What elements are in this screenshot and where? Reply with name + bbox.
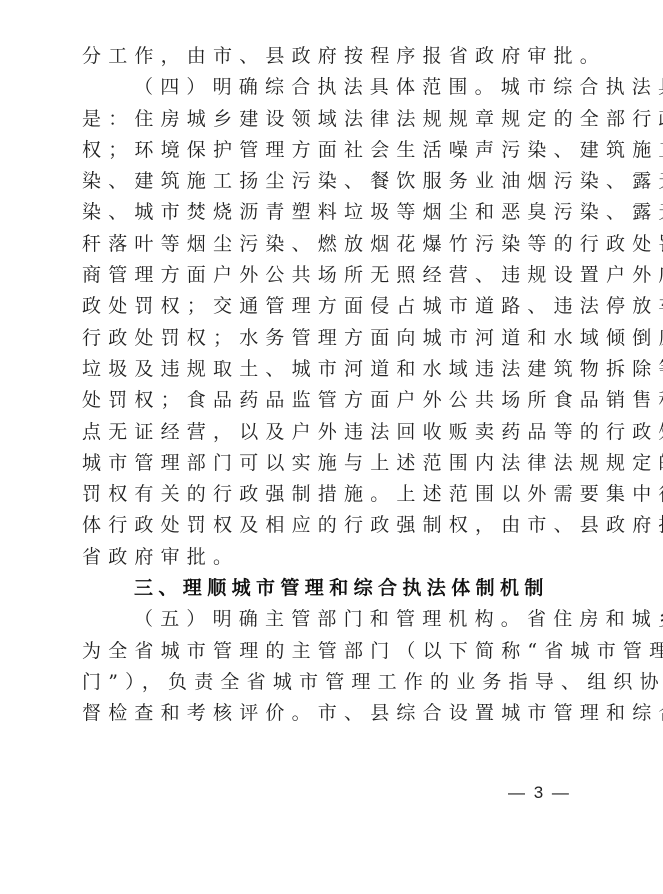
text-line: 点无证经营，以及户外违法回收贩卖药品等的行政处罚权。	[82, 417, 582, 448]
text-line: 染、城市焚烧沥青塑料垃圾等烟尘和恶臭污染、露天焚烧秸	[82, 197, 582, 228]
text-line: 是：住房城乡建设领域法律法规规章规定的全部行政处罚	[82, 104, 582, 135]
text-line: 政处罚权；交通管理方面侵占城市道路、违法停放车辆等的	[82, 291, 582, 322]
text-line: 权；环境保护管理方面社会生活噪声污染、建筑施工噪声污	[82, 135, 582, 166]
text-line: 体行政处罚权及相应的行政强制权，由市、县政府按程序报	[82, 510, 582, 541]
section-5-lead-line: （五）明确主管部门和管理机构。省住房和城乡建设厅	[82, 604, 582, 635]
text-line: 门”），负责全省城市管理工作的业务指导、组织协调、监	[82, 667, 582, 698]
text-line: 秆落叶等烟尘污染、燃放烟花爆竹污染等的行政处罚权；工	[82, 229, 582, 260]
text-line: 垃圾及违规取土、城市河道和水域违法建筑物拆除等的行政	[82, 354, 582, 385]
body-text: 分工作，由市、县政府按程序报省政府审批。 （四）明确综合执法具体范围。城市综合执…	[82, 41, 582, 730]
section-heading-3: 三、理顺城市管理和综合执法体制机制	[82, 573, 582, 604]
text-line: 分工作，由市、县政府按程序报省政府审批。	[82, 41, 582, 72]
page-number: — 3 —	[508, 783, 571, 803]
text-line: 罚权有关的行政强制措施。上述范围以外需要集中行使的具	[82, 479, 582, 510]
text-line: 处罚权；食品药品监管方面户外公共场所食品销售和餐饮摊	[82, 385, 582, 416]
text-line: 商管理方面户外公共场所无照经营、违规设置户外广告的行	[82, 260, 582, 291]
text-line: 染、建筑施工扬尘污染、餐饮服务业油烟污染、露天烧烤污	[82, 166, 582, 197]
text-line: 行政处罚权；水务管理方面向城市河道和水域倾倒废弃物和	[82, 323, 582, 354]
document-page: 分工作，由市、县政府按程序报省政府审批。 （四）明确综合执法具体范围。城市综合执…	[0, 0, 663, 894]
text-line: 城市管理部门可以实施与上述范围内法律法规规定的行政处	[82, 448, 582, 479]
text-line: 为全省城市管理的主管部门（以下简称“省城市管理主管部	[82, 636, 582, 667]
text-line: 督检查和考核评价。市、县综合设置城市管理和综合执法局	[82, 698, 582, 729]
section-4-lead-line: （四）明确综合执法具体范围。城市综合执法具体范围	[82, 72, 582, 103]
text-line: 省政府审批。	[82, 542, 582, 573]
